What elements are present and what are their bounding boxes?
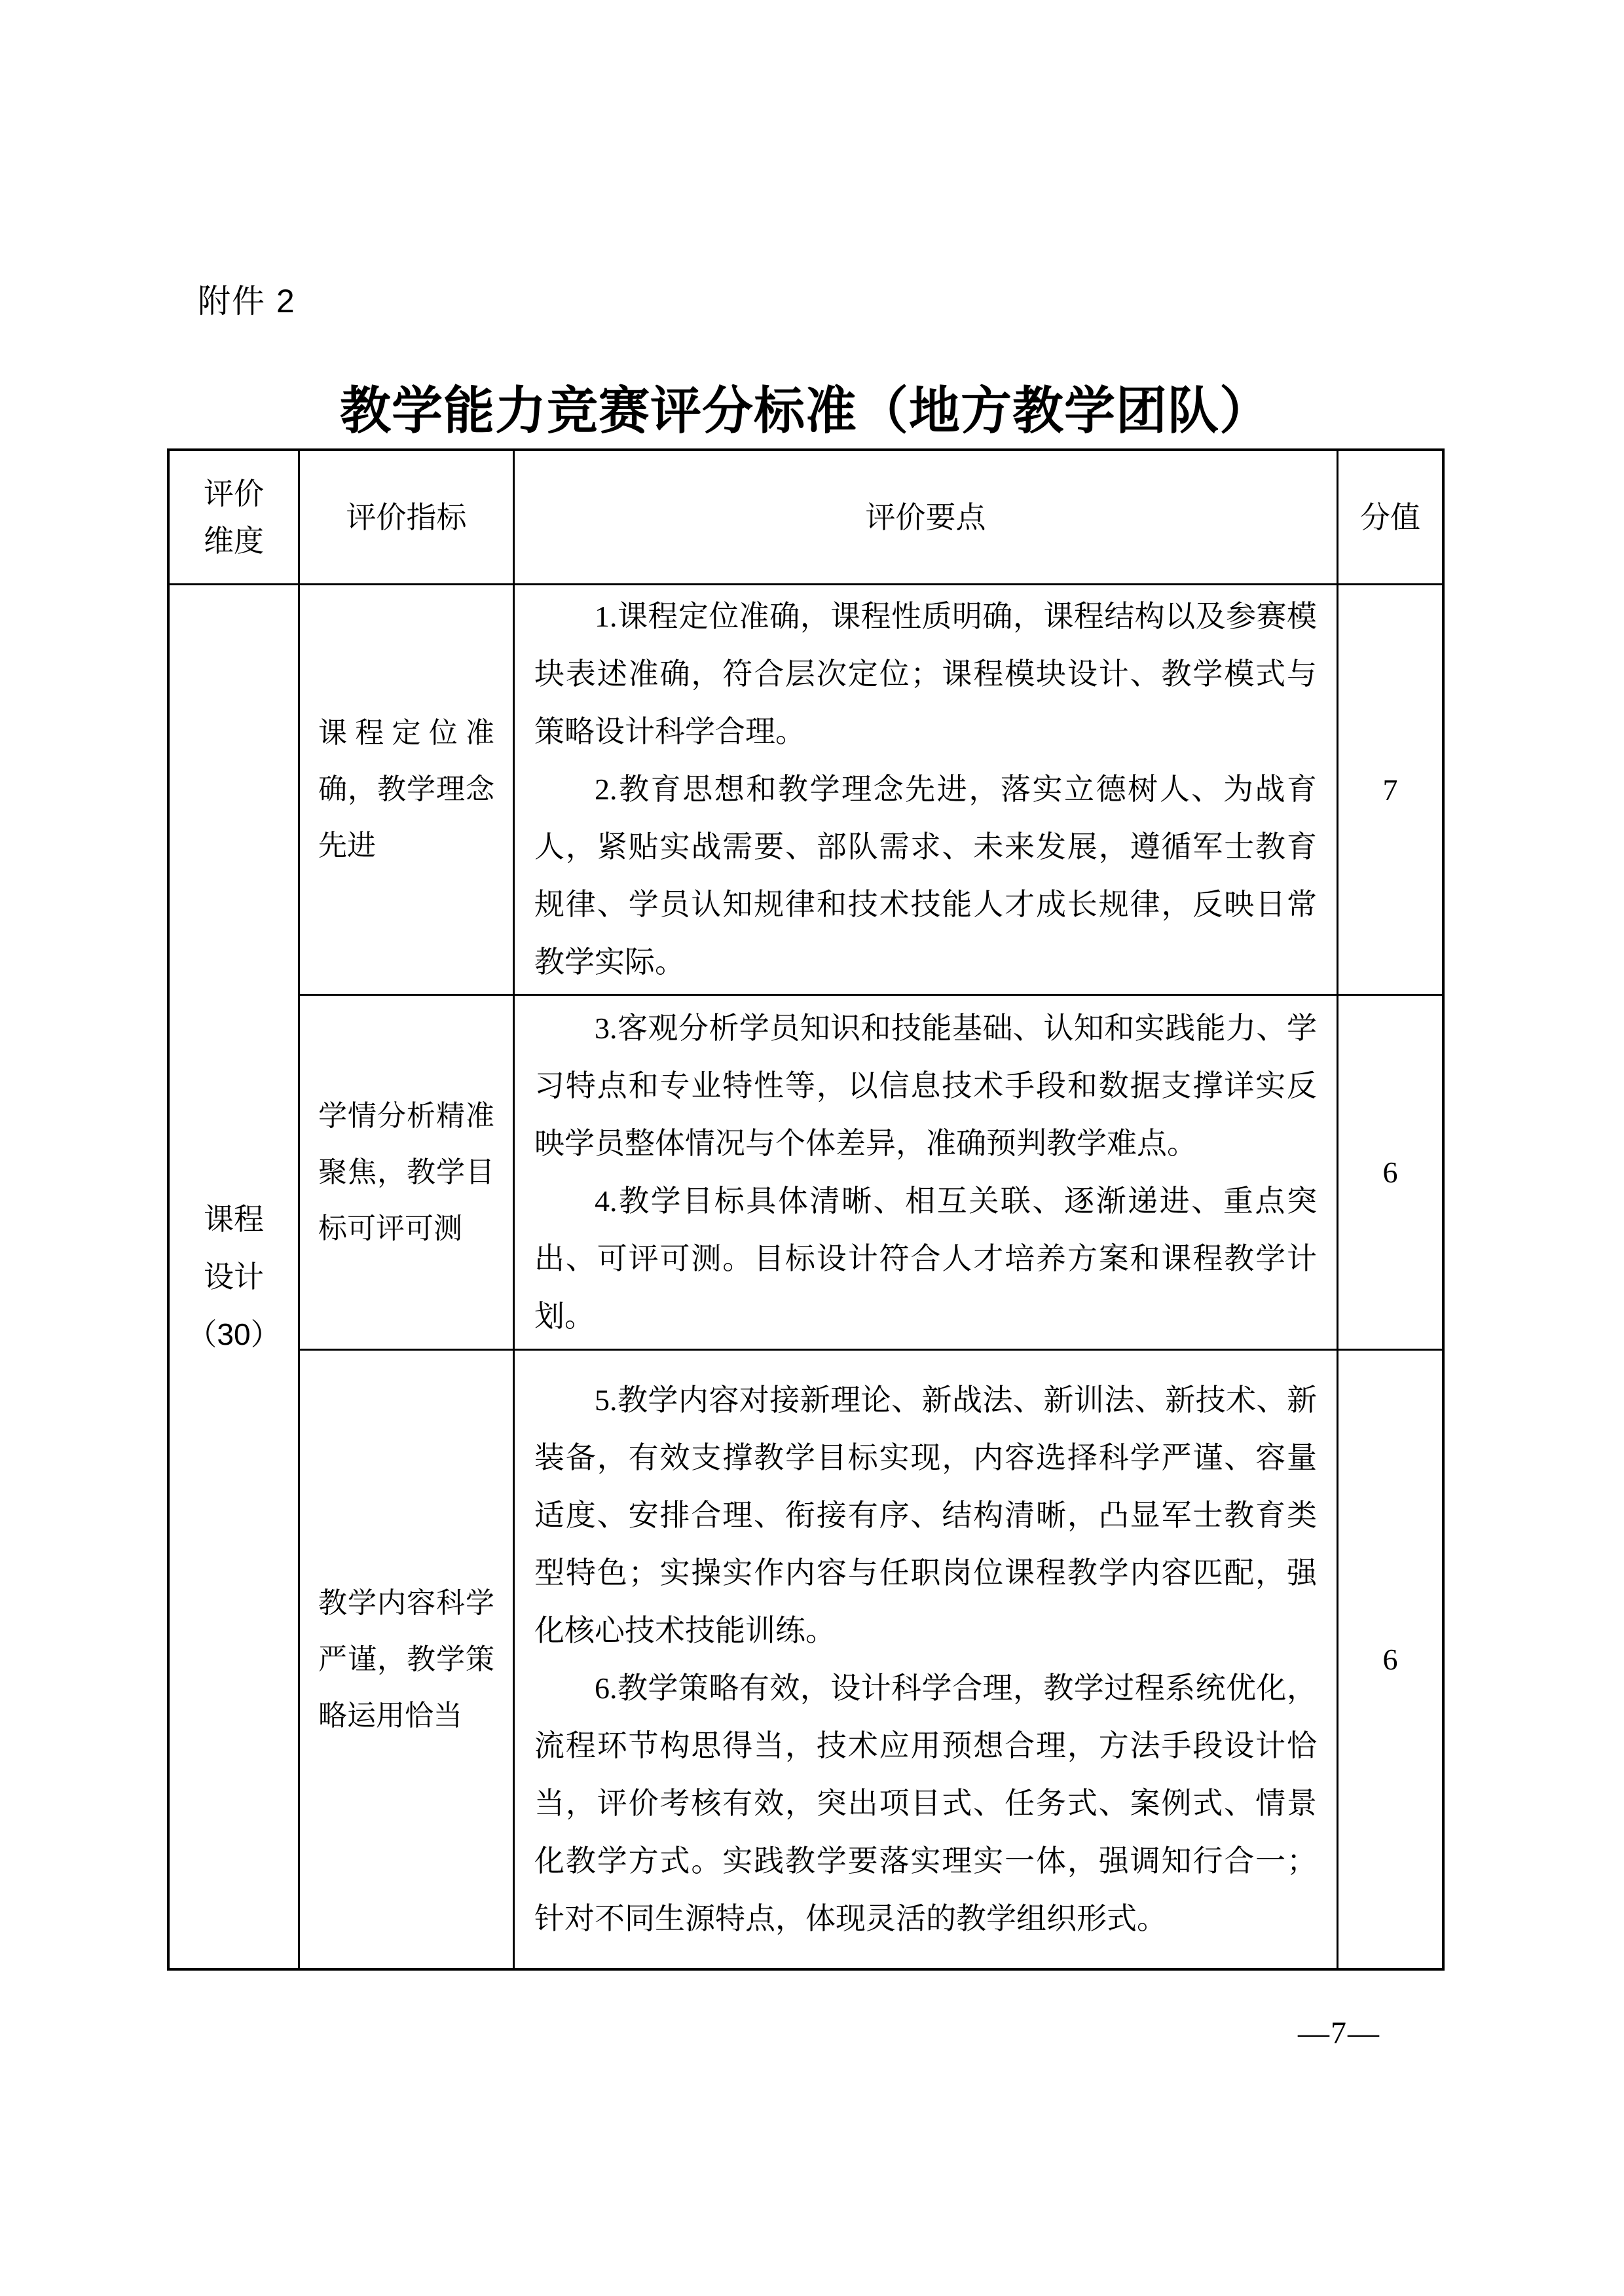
dimension-cell-course-design: 课程 设计 （30） — [170, 585, 300, 1968]
document-page: 附件 2 教学能力竞赛评分标准（地方教学团队） 评价 维度 评价指标 评价要点 … — [0, 0, 1624, 2296]
header-dimension: 评价 维度 — [170, 451, 300, 585]
point-paragraph: 3.客观分析学员知识和技能基础、认知和实践能力、学习特点和专业特性等，以信息技术… — [534, 1000, 1317, 1173]
point-paragraph: 5.教学内容对接新理论、新战法、新训法、新技术、新装备，有效支撑教学目标实现，内… — [534, 1372, 1317, 1660]
attachment-label: 附件 2 — [198, 282, 296, 321]
point-paragraph: 2.教育思想和教学理念先进，落实立德树人、为战育人，紧贴实战需要、部队需求、未来… — [534, 761, 1317, 991]
indicator-cell: 教学内容科学严谨，教学策略运用恰当 — [300, 1351, 515, 1968]
score-cell: 6 — [1338, 996, 1442, 1351]
indicator-text: 教学内容科学严谨，教学策略运用恰当 — [318, 1575, 494, 1744]
points-cell: 1.课程定位准确，课程性质明确，课程结构以及参赛模块表述准确，符合层次定位；课程… — [515, 585, 1338, 996]
point-paragraph: 4.教学目标具体清晰、相互关联、逐渐递进、重点突出、可评可测。目标设计符合人才培… — [534, 1173, 1317, 1345]
points-cell: 5.教学内容对接新理论、新战法、新训法、新技术、新装备，有效支撑教学目标实现，内… — [515, 1351, 1338, 1968]
score-cell: 7 — [1338, 585, 1442, 996]
header-indicator: 评价指标 — [300, 451, 515, 585]
indicator-text: 课程定位准确，教学理念先进 — [318, 705, 494, 874]
indicator-cell: 课程定位准确，教学理念先进 — [300, 585, 515, 996]
header-score: 分值 — [1338, 451, 1442, 585]
document-title: 教学能力竞赛评分标准（地方教学团队） — [0, 380, 1611, 443]
header-points: 评价要点 — [515, 451, 1338, 585]
point-paragraph: 6.教学策略有效，设计科学合理，教学过程系统优化，流程环节构思得当，技术应用预想… — [534, 1660, 1317, 1948]
indicator-text: 学情分析精准聚焦，教学目标可评可测 — [318, 1088, 494, 1257]
scoring-rubric-table: 评价 维度 评价指标 评价要点 分值 课程 设计 （30） 课程定位准确，教学理… — [167, 448, 1445, 1971]
point-paragraph: 1.课程定位准确，课程性质明确，课程结构以及参赛模块表述准确，符合层次定位；课程… — [534, 588, 1317, 761]
indicator-cell: 学情分析精准聚焦，教学目标可评可测 — [300, 996, 515, 1351]
points-cell: 3.客观分析学员知识和技能基础、认知和实践能力、学习特点和专业特性等，以信息技术… — [515, 996, 1338, 1351]
page-number: —7— — [1298, 2015, 1380, 2052]
score-cell: 6 — [1338, 1351, 1442, 1968]
